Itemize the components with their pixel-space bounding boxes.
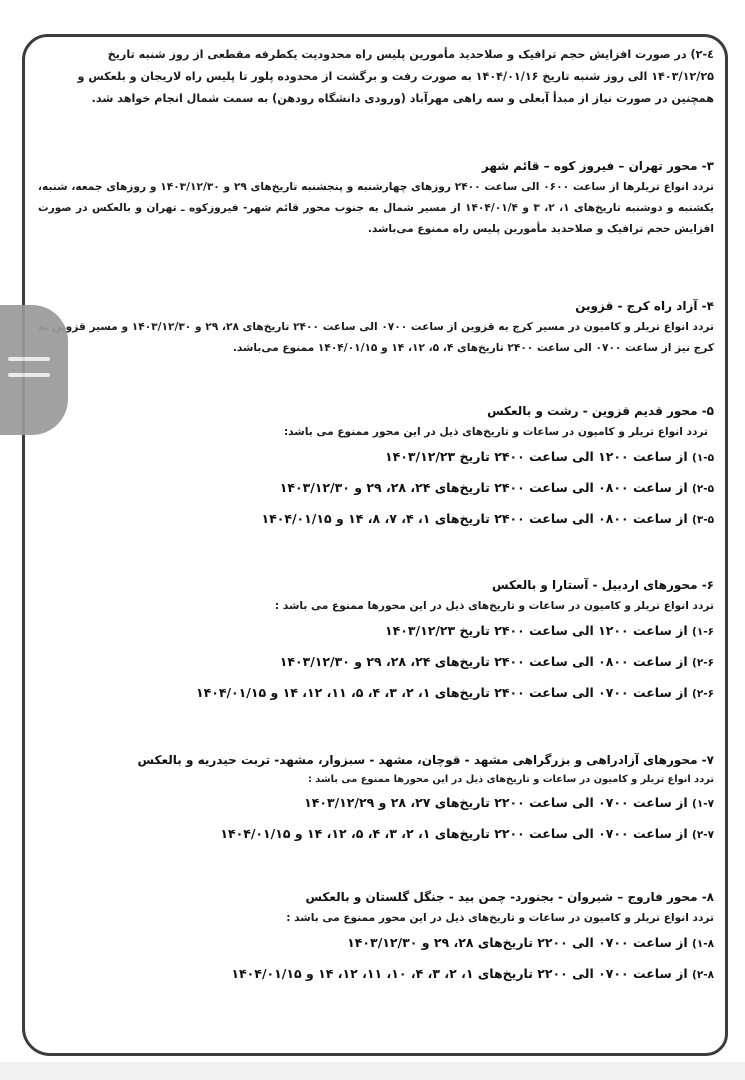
section-3: ۳- محور تهران – فیروز کوه – قائم شهر ترد… <box>38 155 714 240</box>
section-title: ۴- آزاد راه کرج - قزوین <box>38 295 714 317</box>
intro-line-2: ۱۴۰۳/۱۲/۲۵ الی روز شنبه تاریخ ۱۴۰۴/۰۱/۱۶… <box>38 66 714 88</box>
section-8: ۸- محور فاروج – شیروان - بجنورد- چمن بید… <box>38 886 714 990</box>
section-intro: تردد انواع تریلر و کامیون در ساعات و تار… <box>38 596 714 616</box>
section-4: ۴- آزاد راه کرج - قزوین تردد انواع تریلر… <box>38 295 714 359</box>
item-label: ۲-۶) <box>692 657 714 669</box>
section-body: تردد انواع تریلرها از ساعت ۰۶۰۰ الی ساعت… <box>38 177 714 240</box>
list-item: ۲-۷) از ساعت ۰۷۰۰ الی ساعت ۲۲۰۰ تاریخ‌ها… <box>38 819 714 850</box>
menu-handle-icon <box>8 373 50 377</box>
item-text: از ساعت ۰۷۰۰ الی ۲۲۰۰ تاریخ‌های ۲۸، ۲۹ و… <box>347 935 687 950</box>
list-item: ۱-۶) از ساعت ۱۲۰۰ الی ساعت ۲۴۰۰ تاریخ ۱۴… <box>38 616 714 647</box>
item-label: ۱-۶) <box>692 626 714 638</box>
menu-handle-icon <box>8 357 50 361</box>
item-text: از ساعت ۱۲۰۰ الی ساعت ۲۴۰۰ تاریخ ۱۴۰۳/۱۲… <box>385 449 688 464</box>
section-intro: تردد انواع تریلر و کامیون در ساعات و تار… <box>38 422 714 442</box>
item-text: از ساعت ۰۸۰۰ الی ساعت ۲۴۰۰ تاریخ‌های ۱، … <box>261 511 687 526</box>
section-title: ۳- محور تهران – فیروز کوه – قائم شهر <box>38 155 714 177</box>
list-item: ۳-۵) از ساعت ۰۸۰۰ الی ساعت ۲۴۰۰ تاریخ‌ها… <box>38 504 714 535</box>
section-intro: تردد انواع تریلر و کامیون در ساعات و تار… <box>38 908 714 928</box>
section-6: ۶- محورهای اردبیل - آستارا و بالعکس تردد… <box>38 574 714 709</box>
list-item: ۱-۵) از ساعت ۱۲۰۰ الی ساعت ۲۴۰۰ تاریخ ۱۴… <box>38 442 714 473</box>
bottom-edge <box>0 1062 745 1080</box>
section-intro: تردد انواع تریلر و کامیون در ساعات و تار… <box>38 771 714 788</box>
list-item: ۱-۸) از ساعت ۰۷۰۰ الی ۲۲۰۰ تاریخ‌های ۲۸،… <box>38 928 714 959</box>
item-label: ۱-۸) <box>692 938 714 950</box>
section-5: ۵- محور قدیم قزوین - رشت و بالعکس تردد ا… <box>38 400 714 535</box>
side-menu-handle[interactable] <box>0 305 68 435</box>
section-title: ۶- محورهای اردبیل - آستارا و بالعکس <box>38 574 714 596</box>
item-label: ۲-۷) <box>692 829 714 841</box>
list-item: ۱-۷) از ساعت ۰۷۰۰ الی ساعت ۲۲۰۰ تاریخ‌ها… <box>38 788 714 819</box>
item-text: از ساعت ۰۷۰۰ الی ساعت ۲۴۰۰ تاریخ‌های ۱، … <box>196 685 688 700</box>
item-text: از ساعت ۱۲۰۰ الی ساعت ۲۴۰۰ تاریخ ۱۴۰۳/۱۲… <box>385 623 688 638</box>
list-item: ۲-۵) از ساعت ۰۸۰۰ الی ساعت ۲۴۰۰ تاریخ‌ها… <box>38 473 714 504</box>
item-label: ۳-۵) <box>692 514 714 526</box>
intro-paragraph: ٤-٢) در صورت افزایش حجم ترافیک و صلاحدید… <box>38 44 714 110</box>
list-item: ۲-۶) از ساعت ۰۷۰۰ الی ساعت ۲۴۰۰ تاریخ‌ها… <box>38 678 714 709</box>
item-text: از ساعت ۰۷۰۰ الی ساعت ۲۲۰۰ تاریخ‌های ۲۷،… <box>304 795 688 810</box>
item-text: از ساعت ۰۷۰۰ الی ۲۲۰۰ تاریخ‌های ۱، ۲، ۳،… <box>231 966 687 981</box>
list-item: ۲-۶) از ساعت ۰۸۰۰ الی ساعت ۲۴۰۰ تاریخ‌ها… <box>38 647 714 678</box>
section-body: تردد انواع تریلر و کامیون در مسیر کرج به… <box>38 317 714 359</box>
intro-line-1: ٤-٢) در صورت افزایش حجم ترافیک و صلاحدید… <box>38 44 714 66</box>
item-label: ۱-۵) <box>692 452 714 464</box>
section-title: ۸- محور فاروج – شیروان - بجنورد- چمن بید… <box>38 886 714 908</box>
item-text: از ساعت ۰۸۰۰ الی ساعت ۲۴۰۰ تاریخ‌های ۲۴،… <box>280 654 688 669</box>
item-text: از ساعت ۰۸۰۰ الی ساعت ۲۴۰۰ تاریخ‌های ۲۴،… <box>280 480 688 495</box>
section-title: ۵- محور قدیم قزوین - رشت و بالعکس <box>38 400 714 422</box>
item-label: ۱-۷) <box>692 798 714 810</box>
item-label: ۲-۶) <box>692 688 714 700</box>
item-text: از ساعت ۰۷۰۰ الی ساعت ۲۲۰۰ تاریخ‌های ۱، … <box>220 826 687 841</box>
list-item: ۲-۸) از ساعت ۰۷۰۰ الی ۲۲۰۰ تاریخ‌های ۱، … <box>38 959 714 990</box>
item-label: ۲-۵) <box>692 483 714 495</box>
intro-line-3: همچنین در صورت نیاز از مبدأ آبعلی و سه ر… <box>38 88 714 110</box>
section-7: ۷- محورهای آزادراهی و بزرگراهی مشهد - قو… <box>38 749 714 850</box>
item-label: ۲-۸) <box>692 969 714 981</box>
section-title: ۷- محورهای آزادراهی و بزرگراهی مشهد - قو… <box>38 749 714 771</box>
